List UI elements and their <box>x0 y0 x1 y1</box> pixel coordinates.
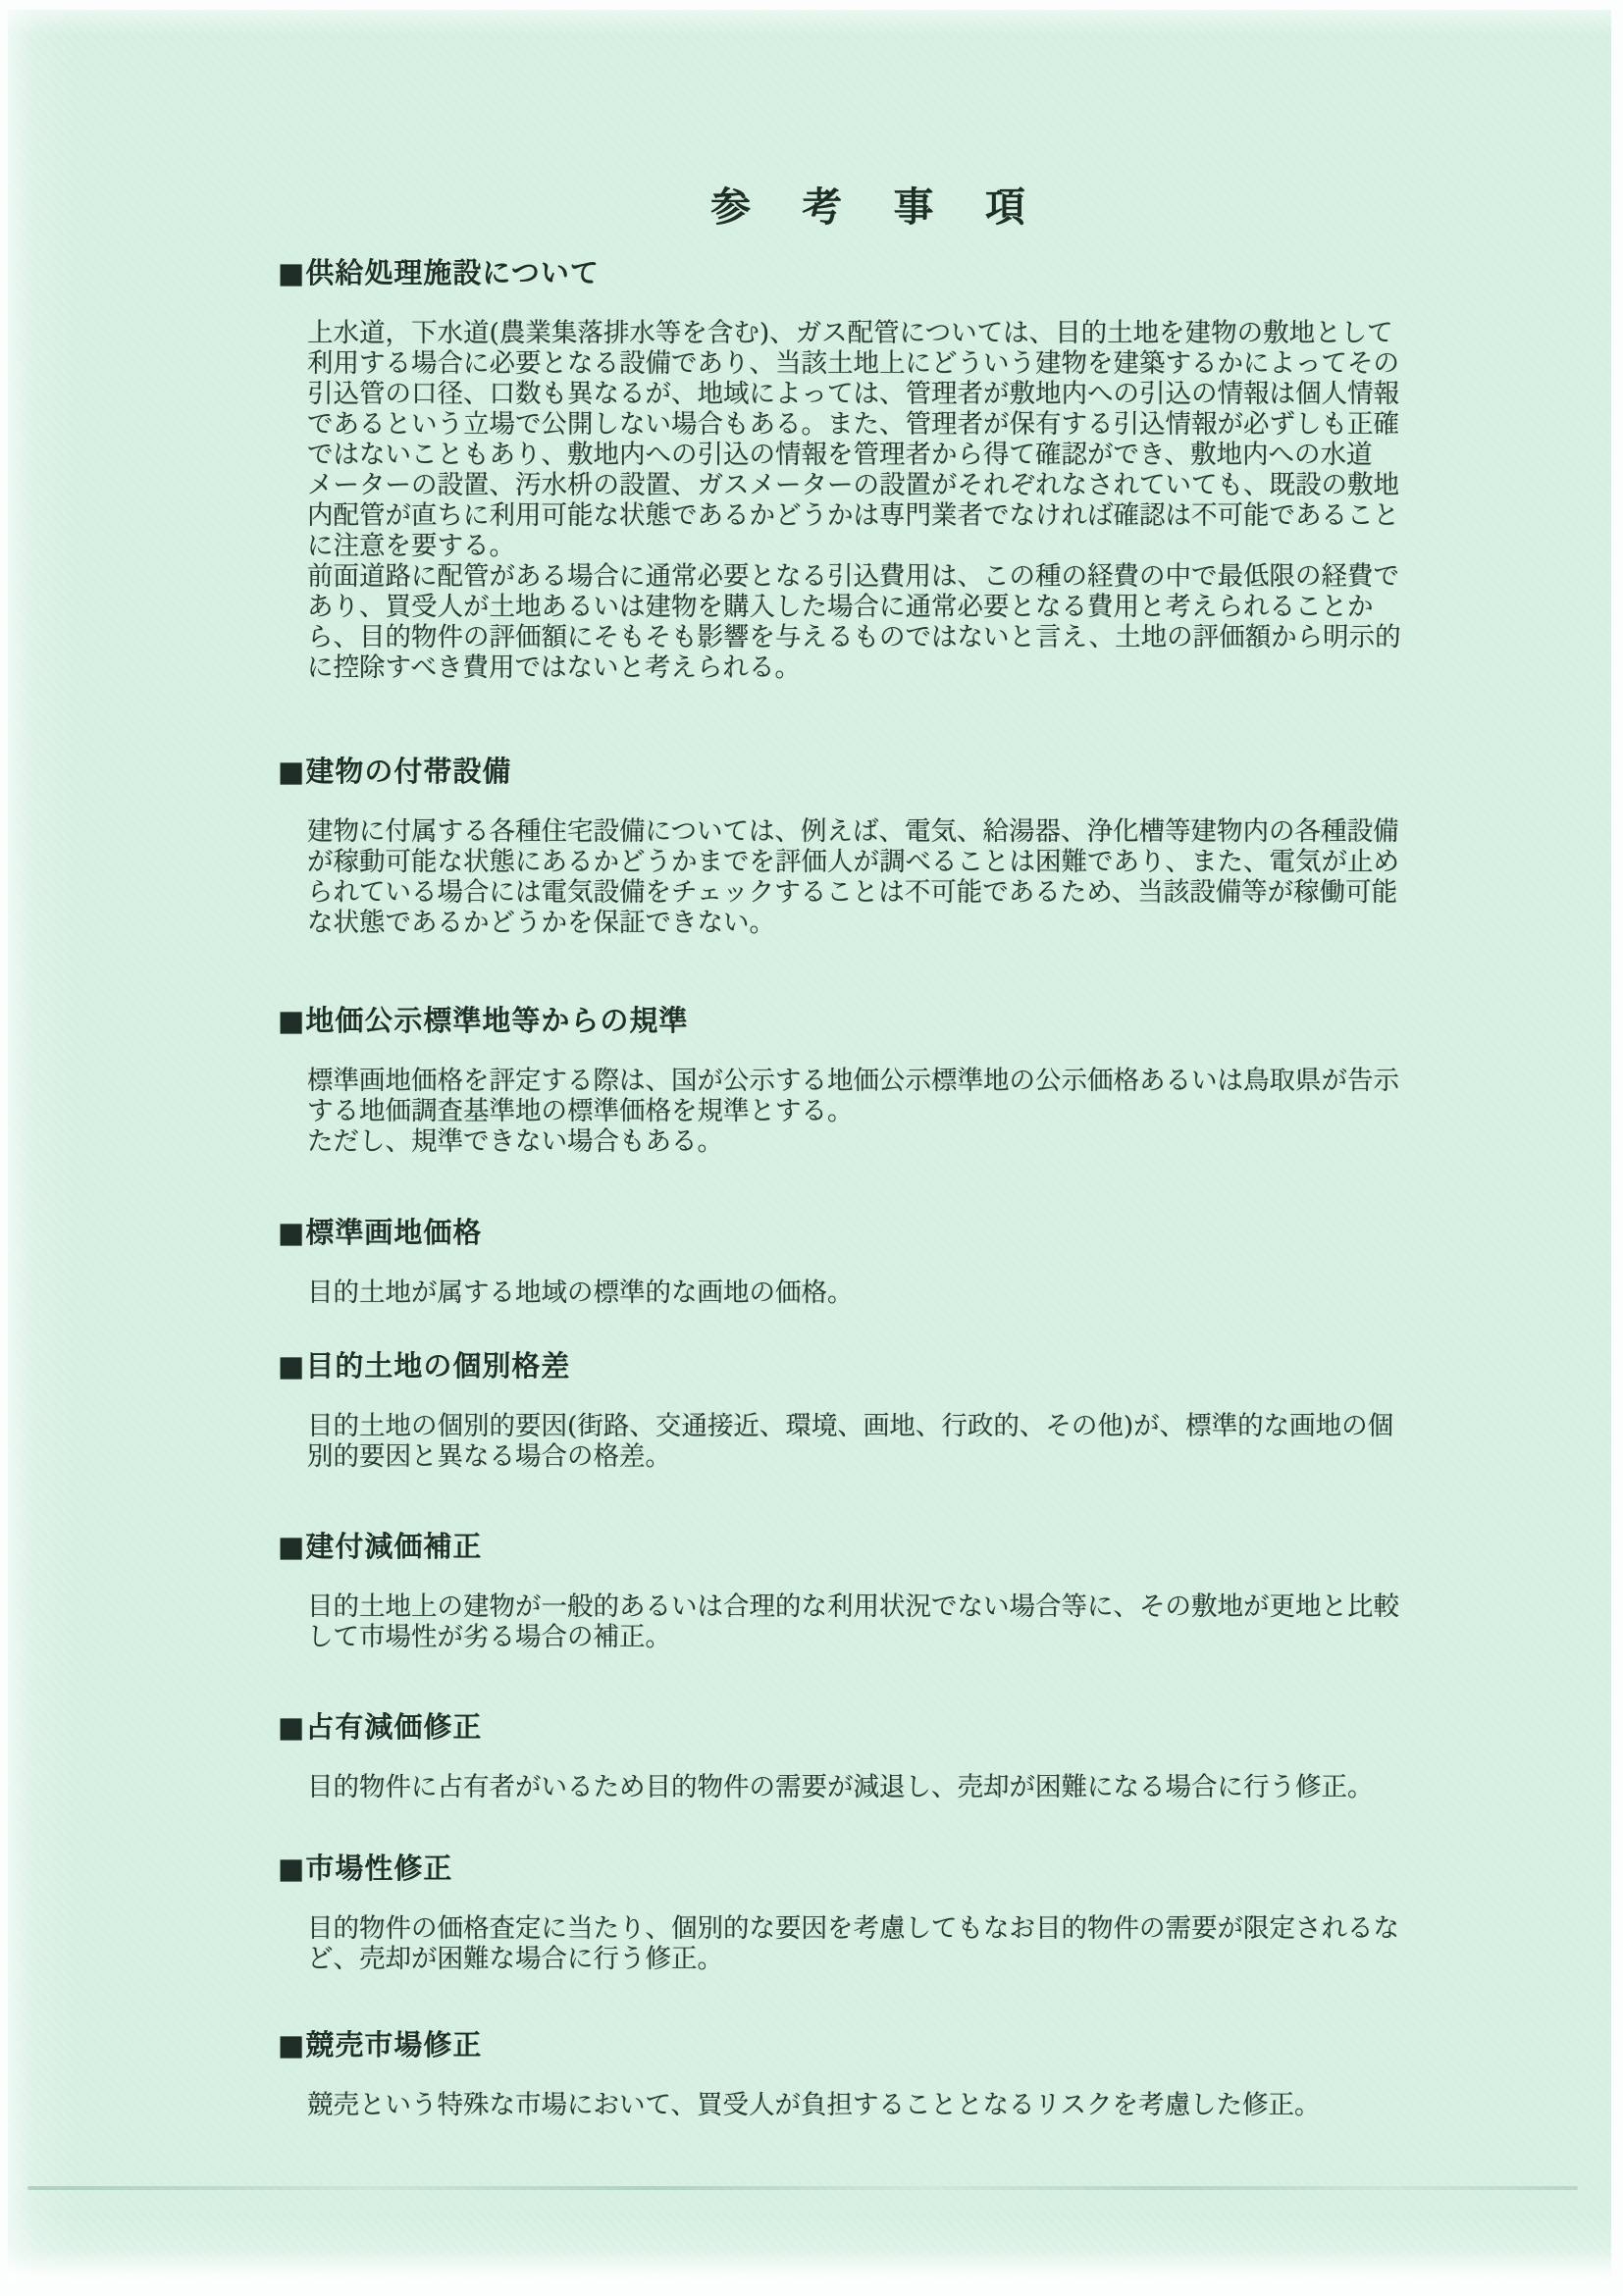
section-body: 目的物件の価格査定に当たり、個別的な要因を考慮してもなお目的物件の需要が限定され… <box>307 1913 1467 1974</box>
section-heading: ■建物の付帯設備 <box>278 756 1480 787</box>
section-supply-facilities: ■供給処理施設について 上水道，下水道(農業集落排水等を含む)、ガス配管について… <box>278 257 1480 683</box>
section-heading: ■占有減価修正 <box>278 1711 1480 1743</box>
section-heading: ■地価公示標準地等からの規準 <box>278 1005 1480 1036</box>
section-auction-market-adjustment: ■競売市場修正 競売という特殊な市場において、買受人が負担することとなるリスクを… <box>278 2029 1480 2120</box>
section-occupancy-depreciation: ■占有減価修正 目的物件に占有者がいるため目的物件の需要が減退し、売却が困難にな… <box>278 1711 1480 1802</box>
section-heading: ■建付減価補正 <box>278 1531 1480 1562</box>
scan-artifact-line <box>27 2186 1578 2190</box>
section-heading: ■供給処理施設について <box>278 257 1480 288</box>
section-building-equipment: ■建物の付帯設備 建物に付属する各種住宅設備については、例えば、電気、給湯器、浄… <box>278 756 1480 938</box>
section-body: 目的物件に占有者がいるため目的物件の需要が減退し、売却が困難になる場合に行う修正… <box>307 1772 1467 1802</box>
section-heading: ■市場性修正 <box>278 1852 1480 1884</box>
section-built-land-depreciation: ■建付減価補正 目的土地上の建物が一般的あるいは合理的な利用状況でない場合等に、… <box>278 1531 1480 1652</box>
section-body: 目的土地の個別的要因(街路、交通接近、環境、画地、行政的、その他)が、標準的な画… <box>307 1411 1467 1472</box>
scanned-document-page: { "colors": { "paper_green": "#d7f0e2", … <box>0 0 1623 2296</box>
page-title: 参 考 事 項 <box>710 175 1037 233</box>
section-body: 建物に付属する各種住宅設備については、例えば、電気、給湯器、浄化槽等建物内の各種… <box>307 816 1467 938</box>
section-body: 標準画地価格を評定する際は、国が公示する地価公示標準地の公示価格あるいは鳥取県が… <box>307 1066 1467 1157</box>
paper-background: 参 考 事 項 ■供給処理施設について 上水道，下水道(農業集落排水等を含む)、… <box>8 10 1611 2282</box>
section-heading: ■標準画地価格 <box>278 1217 1480 1248</box>
section-marketability-adjustment: ■市場性修正 目的物件の価格査定に当たり、個別的な要因を考慮してもなお目的物件の… <box>278 1852 1480 1974</box>
section-individual-difference: ■目的土地の個別格差 目的土地の個別的要因(街路、交通接近、環境、画地、行政的、… <box>278 1350 1480 1472</box>
section-heading: ■競売市場修正 <box>278 2029 1480 2061</box>
section-published-land-price-standard: ■地価公示標準地等からの規準 標準画地価格を評定する際は、国が公示する地価公示標… <box>278 1005 1480 1157</box>
section-body: 目的土地が属する地域の標準的な画地の価格。 <box>307 1278 1467 1308</box>
section-heading: ■目的土地の個別格差 <box>278 1350 1480 1382</box>
section-body: 上水道，下水道(農業集落排水等を含む)、ガス配管については、目的土地を建物の敷地… <box>307 318 1467 683</box>
section-standard-parcel-price: ■標準画地価格 目的土地が属する地域の標準的な画地の価格。 <box>278 1217 1480 1308</box>
section-body: 競売という特殊な市場において、買受人が負担することとなるリスクを考慮した修正。 <box>307 2090 1467 2120</box>
scan-bottom-fade <box>8 2249 1611 2282</box>
section-body: 目的土地上の建物が一般的あるいは合理的な利用状況でない場合等に、その敷地が更地と… <box>307 1592 1467 1652</box>
